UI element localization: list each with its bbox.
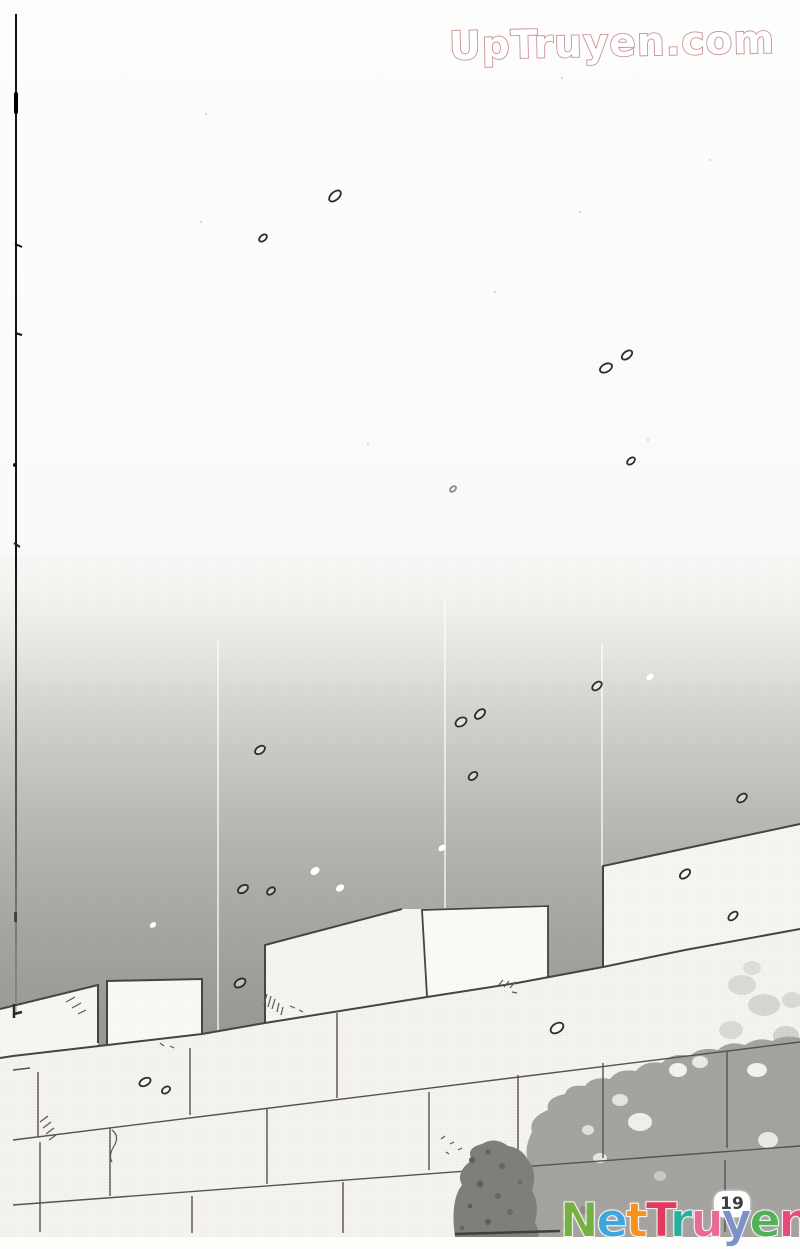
halftone-grain — [0, 555, 800, 1237]
speck — [494, 291, 496, 293]
speck — [647, 439, 649, 441]
speck — [579, 211, 581, 213]
watermark-uptruyen: UpTruyen.com — [449, 18, 776, 70]
speck — [367, 443, 369, 445]
nt-letter: T — [646, 1192, 670, 1247]
nt-letter: t — [626, 1192, 646, 1247]
speck — [709, 159, 711, 161]
speck — [205, 113, 207, 115]
speck — [561, 77, 563, 79]
manga-artwork: UpTruyen.com — [0, 0, 800, 1249]
nt-letter: u — [691, 1192, 722, 1247]
nt-letter: n — [779, 1192, 800, 1247]
speck — [200, 221, 202, 223]
nt-letter: e — [597, 1192, 626, 1247]
watermark-nettruyen: NetTruyen — [560, 1197, 800, 1244]
manga-page: UpTruyen.com 19 NetTruyen — [0, 0, 800, 1249]
nt-letter: e — [749, 1192, 778, 1247]
nt-letter: r — [670, 1192, 691, 1247]
nt-letter: N — [560, 1192, 597, 1247]
nt-letter: y — [721, 1192, 749, 1247]
